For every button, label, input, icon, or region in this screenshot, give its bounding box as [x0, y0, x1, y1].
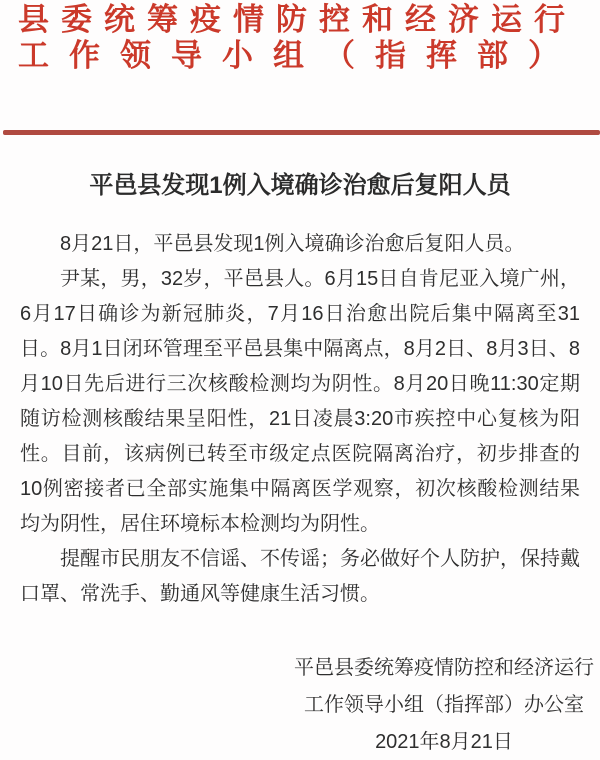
paragraph-intro: 8月21日，平邑县发现1例入境确诊治愈后复阳人员。: [20, 227, 580, 262]
paragraph-case-details: 尹某，男，32岁，平邑县人。6月15日自肯尼亚入境广州，6月17日确诊为新冠肺炎…: [20, 262, 580, 542]
letterhead: 县委统筹疫情防控和经济运行 工作领导小组（指挥部）: [0, 0, 600, 74]
signature-block: 平邑县委统筹疫情防控和经济运行 工作领导小组（指挥部）办公室 2021年8月21…: [294, 650, 594, 760]
letterhead-line-2: 工作领导小组（指挥部）: [18, 38, 600, 74]
notice-body: 8月21日，平邑县发现1例入境确诊治愈后复阳人员。 尹某，男，32岁，平邑县人。…: [20, 227, 580, 612]
signature-org-line-1: 平邑县委统筹疫情防控和经济运行: [294, 650, 594, 687]
red-divider: [3, 130, 600, 135]
notice-title: 平邑县发现1例入境确诊治愈后复阳人员: [0, 172, 600, 200]
paragraph-advisory: 提醒市民朋友不信谣、不传谣；务必做好个人防护，保持戴口罩、常洗手、勤通风等健康生…: [20, 542, 580, 612]
signature-org-line-2: 工作领导小组（指挥部）办公室: [294, 687, 594, 724]
letterhead-line-1: 县委统筹疫情防控和经济运行: [18, 2, 600, 38]
signature-date: 2021年8月21日: [294, 724, 594, 760]
